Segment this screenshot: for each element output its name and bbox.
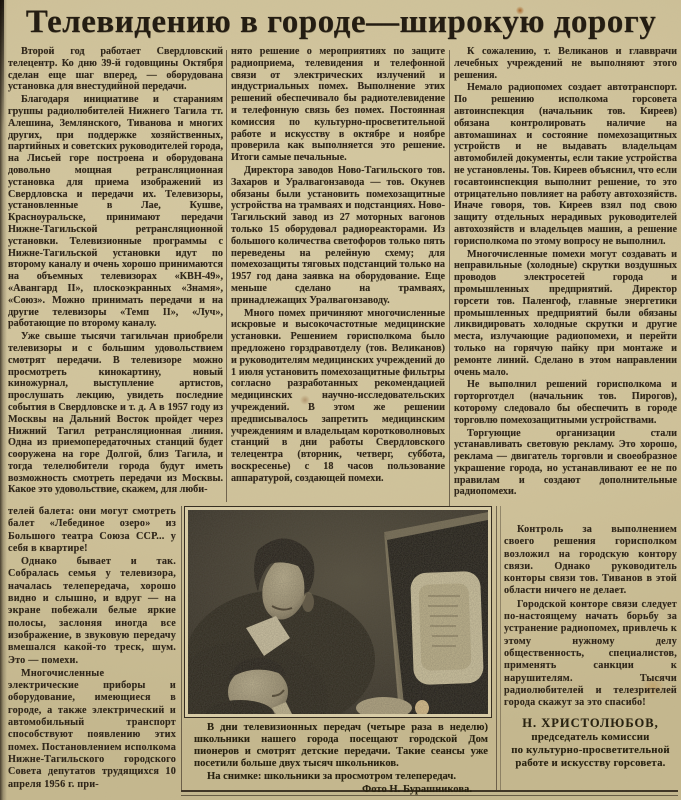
signature-role-line: председатель комиссии xyxy=(504,731,677,744)
column-3-bottom-paragraphs: Контроль за выполнением своего решения г… xyxy=(504,524,677,709)
photo-block-right-rule xyxy=(496,506,497,790)
column-2: нято решение о мероприятиях по защите ра… xyxy=(231,46,445,506)
column-divider-rule xyxy=(226,50,227,502)
column-divider-rule xyxy=(449,50,450,506)
photo-caption: В дни телевизионных передач (четыре раза… xyxy=(194,722,488,796)
caption-note: На снимке: школьники за просмотром телеп… xyxy=(194,771,488,783)
caption-main: В дни телевизионных передач (четыре раза… xyxy=(194,722,488,770)
article-paragraph: нято решение о мероприятиях по защите ра… xyxy=(231,46,445,164)
article-paragraph: Контроль за выполнением своего решения г… xyxy=(504,524,677,598)
article-headline: Телевидению в городе—широкую дорогу xyxy=(12,2,670,42)
article-paragraph: Уже свыше тысячи тагильчан приобрели тел… xyxy=(8,331,223,496)
photo-credit: Фото Н. Бурашникова. xyxy=(194,784,488,796)
newspaper-page: Телевидению в городе—широкую дорогу Втор… xyxy=(0,0,681,800)
photo-block-right-rule-2 xyxy=(500,506,501,790)
news-photo xyxy=(184,506,492,718)
signature-roles: председатель комиссиипо культурно-просве… xyxy=(504,731,677,770)
signature-role-line: по культурно-просветительной xyxy=(504,744,677,757)
article-paragraph: Много помех причиняют многочисленные иск… xyxy=(231,308,445,485)
article-paragraph: Многочисленные помехи могут создавать и … xyxy=(454,249,677,379)
article-paragraph: Немало радиопомех создает автотранспорт.… xyxy=(454,82,677,247)
article-paragraph: Не выполнил решений горисполкома и горто… xyxy=(454,379,677,426)
column-3-top: К сожалению, т. Великанов и главврачи ле… xyxy=(454,46,677,522)
signature-block: Н. ХРИСТОЛЮБОВ, председатель комиссиипо … xyxy=(504,716,677,770)
column-1-bottom: телей балета: они могут смотреть балет «… xyxy=(8,506,176,798)
article-paragraph: К сожалению, т. Великанов и главврачи ле… xyxy=(454,46,677,81)
signature-role-line: работе и искусству горсовета. xyxy=(504,757,677,770)
article-paragraph: Однако бывает и так. Собралась семья у т… xyxy=(8,556,176,667)
article-paragraph: Многочисленные электрические приборы и о… xyxy=(8,668,176,791)
tv-set-figure xyxy=(384,512,488,714)
article-paragraph: Директора заводов Ново-Тагильского тов. … xyxy=(231,165,445,307)
photo-block-left-rule xyxy=(181,506,182,790)
article-paragraph: Городской конторе связи следует по-насто… xyxy=(504,599,677,710)
article-paragraph: Благодаря инициативе и стараниям группы … xyxy=(8,94,223,330)
page-edge-shadow xyxy=(0,0,7,800)
article-paragraph: телей балета: они могут смотреть балет «… xyxy=(8,506,176,555)
column-3-bottom: Контроль за выполнением своего решения г… xyxy=(504,524,677,794)
column-1-top: Второй год работает Свердловский телецен… xyxy=(8,46,223,506)
article-paragraph: Торгующие организации стали устанавливат… xyxy=(454,428,677,499)
article-paragraph: Второй год работает Свердловский телецен… xyxy=(8,46,223,93)
signature-name: Н. ХРИСТОЛЮБОВ, xyxy=(504,716,677,731)
photo-illustration xyxy=(188,510,488,714)
